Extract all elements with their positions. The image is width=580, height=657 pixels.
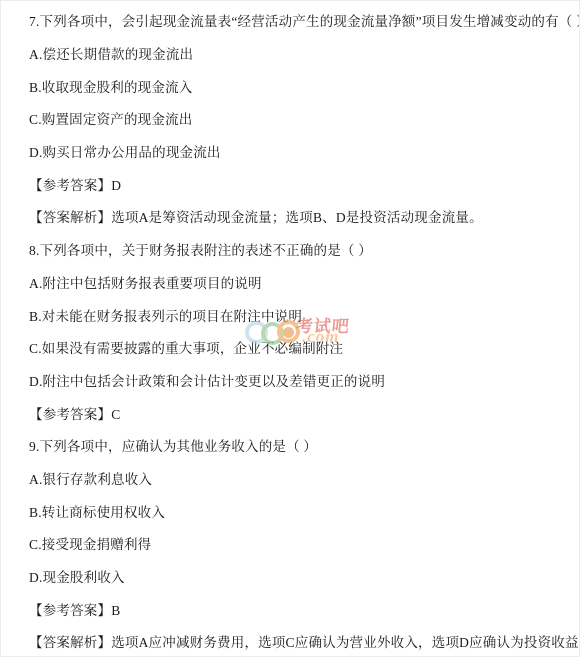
question-9-option-b: B.转让商标使用权收入	[29, 494, 573, 527]
question-7-option-d: D.购买日常办公用品的现金流出	[29, 135, 573, 168]
question-8-text: 8.下列各项中，关于财务报表附注的表述不正确的是（ ）	[29, 233, 573, 266]
question-7-option-b: B.收取现金股利的现金流入	[29, 69, 573, 102]
question-9-answer-explanation: 【答案解析】选项A应冲减财务费用，选项C应确认为营业外收入，选项D应确认为投资收…	[29, 625, 573, 657]
question-7-option-a: A.偿还长期借款的现金流出	[29, 37, 573, 70]
question-7-option-c: C.购置固定资产的现金流出	[29, 102, 573, 135]
question-8-option-a: A.附注中包括财务报表重要项目的说明	[29, 266, 573, 299]
question-7-reference-answer: 【参考答案】D	[29, 167, 573, 200]
question-8-option-c: C.如果没有需要披露的重大事项，企业不必编制附注	[29, 331, 573, 364]
exam-document: 7.下列各项中，会引起现金流量表“经营活动产生的现金流量净额”项目发生增减变动的…	[29, 4, 573, 657]
question-8-option-d: D.附注中包括会计政策和会计估计变更以及差错更正的说明	[29, 364, 573, 397]
question-8-option-b: B.对未能在财务报表列示的项目在附注中说明	[29, 298, 573, 331]
question-7-text: 7.下列各项中，会引起现金流量表“经营活动产生的现金流量净额”项目发生增减变动的…	[29, 4, 573, 37]
question-9-option-a: A.银行存款利息收入	[29, 462, 573, 495]
question-8-reference-answer: 【参考答案】C	[29, 396, 573, 429]
question-9-text: 9.下列各项中，应确认为其他业务收入的是（ ）	[29, 429, 573, 462]
question-9-option-c: C.接受现金捐赠利得	[29, 527, 573, 560]
question-9-option-d: D.现金股利收入	[29, 560, 573, 593]
question-7-answer-explanation: 【答案解析】选项A是筹资活动现金流量；选项B、D是投资活动现金流量。	[29, 200, 573, 233]
question-9-reference-answer: 【参考答案】B	[29, 592, 573, 625]
